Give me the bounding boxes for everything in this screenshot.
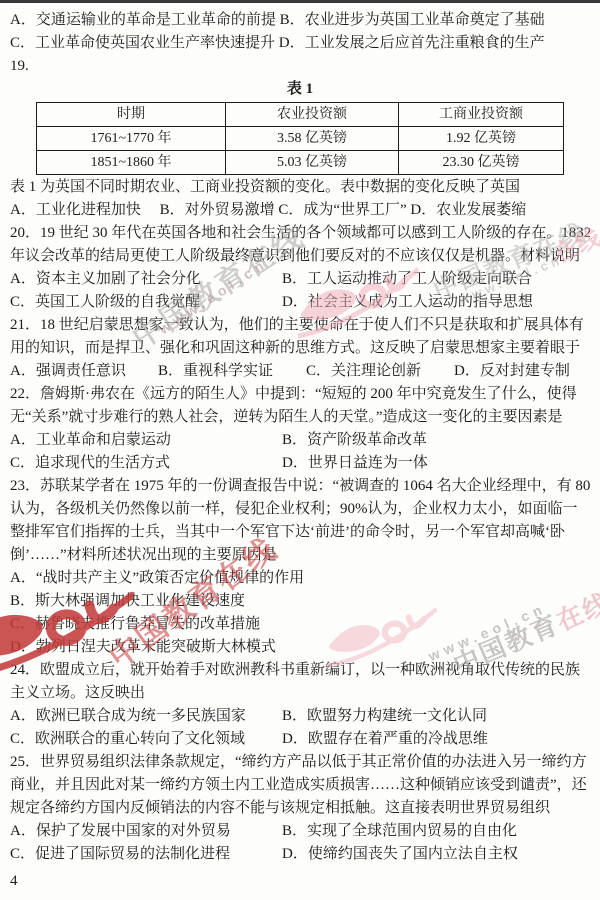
- q21-option-b: B．重视科学实证: [158, 360, 306, 383]
- q21-options: A．强调责任意识 B．重视科学实证 C．关注理论创新 D．反对封建专制: [10, 360, 590, 383]
- q23-stem-line-4: 倒’……”材料所述状况出现的主要原因是: [10, 544, 590, 567]
- table-header-period: 时期: [37, 103, 226, 127]
- q22-option-d: D．世界日益连为一体: [282, 452, 428, 475]
- q21-option-a: A．强调责任意识: [10, 360, 158, 383]
- investment-table: 时期 农业投资额 工商业投资额 1761~1770 年 3.58 亿英镑 1.9…: [36, 102, 564, 175]
- q20-options-cd: C．英国工人阶级的自我觉醒 D．社会主义成为工人运动的指导思想: [10, 291, 590, 314]
- q24-option-b: B．欧盟努力构建统一文化认同: [282, 705, 487, 728]
- q23-stem-line-3: 整排军官们指挥的士兵，当其中一个军官下达‘前进’的命令时，另一个军官却高喊‘卧: [10, 521, 590, 544]
- q18-options-ab: A．交通运输业的革命是工业革命的前提 B．农业进步为英国工业革命奠定了基础: [10, 9, 590, 32]
- q25-options-cd: C．促进了国际贸易的法制化进程 D．使缔约国丧失了国内立法自主权: [10, 843, 590, 866]
- page-number: 4: [10, 870, 590, 893]
- q23-option-b: B．斯大林强调加快工业化建设速度: [10, 590, 590, 613]
- q22-option-a: A．工业革命和启蒙运动: [10, 429, 282, 452]
- q25-stem-line-1: 25．世界贸易组织法律条款规定，“缔约方产品以低于其正常价值的办法进入另一缔约方: [10, 751, 590, 774]
- q19-number: 19.: [10, 55, 590, 78]
- q20-option-a: A．资本主义加剧了社会分化: [10, 268, 282, 291]
- q19-options: A．工业化进程加快 B．对外贸易激增 C．成为“世界工厂” D．农业发展萎缩: [10, 199, 590, 222]
- q23-stem-line-1: 23．苏联某学者在 1975 年的一份调查报告中说：“被调查的 1064 名大企…: [10, 475, 590, 498]
- q22-option-c: C．追求现代的生活方式: [10, 452, 282, 475]
- q24-option-a: A．欧洲已联合成为统一多民族国家: [10, 705, 282, 728]
- table-cell-agri-1: 3.58 亿英镑: [226, 127, 399, 151]
- q20-option-d: D．社会主义成为工人运动的指导思想: [282, 291, 533, 314]
- q22-options-cd: C．追求现代的生活方式 D．世界日益连为一体: [10, 452, 590, 475]
- q24-stem-line-2: 主义立场。这反映出: [10, 682, 590, 705]
- q23-stem-line-2: 认为，各级机关仍然像以前一样，侵犯企业权利；90%认为，企业权力太小，如面临一: [10, 498, 590, 521]
- q24-option-d: D．欧盟存在着严重的冷战思维: [282, 728, 488, 751]
- table-cell-ind-2: 23.30 亿英镑: [399, 151, 564, 175]
- q20-option-b: B．工人运动推动了工人阶级走向联合: [282, 268, 532, 291]
- q20-options-ab: A．资本主义加剧了社会分化 B．工人运动推动了工人阶级走向联合: [10, 268, 590, 291]
- q23-option-c: C．赫鲁晓夫推行鲁莽冒失的改革措施: [10, 613, 590, 636]
- q19-table-caption: 表 1: [10, 78, 590, 101]
- q22-options-ab: A．工业革命和启蒙运动 B．资产阶级革命改革: [10, 429, 590, 452]
- q24-options-cd: C．欧洲联合的重心转向了文化领域 D．欧盟存在着严重的冷战思维: [10, 728, 590, 751]
- q23-option-d: D．勃列日涅夫改革未能突破斯大林模式: [10, 636, 590, 659]
- q20-stem-line-1: 20．19 世纪 30 年代在英国各地和社会生活的各个领域都可以感到工人阶级的存…: [10, 222, 590, 245]
- q21-stem-line-2: 用的知识，而是捍卫、强化和巩固这种新的思维方式。这反映了启蒙思想家主要着眼于: [10, 337, 590, 360]
- q25-option-d: D．使缔约国丧失了国内立法自主权: [282, 843, 518, 866]
- q22-stem-line-2: 无“关系”就寸步难行的熟人社会，逆转为陌生人的天堂。”造成这一变化的主要因素是: [10, 406, 590, 429]
- q22-stem-line-1: 22．詹姆斯·弗农在《远方的陌生人》中提到：“短短的 200 年中究竟发生了什么…: [10, 383, 590, 406]
- table-cell-ind-1: 1.92 亿英镑: [399, 127, 564, 151]
- q21-option-d: D．反对封建专制: [454, 360, 570, 383]
- q25-option-b: B．实现了全球范围内贸易的自由化: [282, 820, 517, 843]
- q24-options-ab: A．欧洲已联合成为统一多民族国家 B．欧盟努力构建统一文化认同: [10, 705, 590, 728]
- table-header-agriculture: 农业投资额: [226, 103, 399, 127]
- table-header-row: 时期 农业投资额 工商业投资额: [37, 103, 564, 127]
- q25-stem-line-3: 规定各缔约方国内反倾销法的内容不能与该规定相抵触。这直接表明世界贸易组织: [10, 797, 590, 820]
- q21-option-c: C．关注理论创新: [306, 360, 454, 383]
- q22-option-b: B．资产阶级革命改革: [282, 429, 427, 452]
- q25-options-ab: A．保护了发展中国家的对外贸易 B．实现了全球范围内贸易的自由化: [10, 820, 590, 843]
- table-row: 1761~1770 年 3.58 亿英镑 1.92 亿英镑: [37, 127, 564, 151]
- table-header-industry: 工商业投资额: [399, 103, 564, 127]
- table-cell-agri-2: 5.03 亿英镑: [226, 151, 399, 175]
- q23-option-a: A．“战时共产主义”政策否定价值规律的作用: [10, 567, 590, 590]
- q21-stem-line-1: 21．18 世纪启蒙思想家一致认为，他们的主要使命在于使人们不只是获取和扩展具体…: [10, 314, 590, 337]
- q20-option-c: C．英国工人阶级的自我觉醒: [10, 291, 282, 314]
- q25-option-c: C．促进了国际贸易的法制化进程: [10, 843, 282, 866]
- q24-stem-line-1: 24．欧盟成立后，就开始着手对欧洲教科书重新编订，以一种欧洲视角取代传统的民族: [10, 659, 590, 682]
- table-cell-period-2: 1851~1860 年: [37, 151, 226, 175]
- table-row: 1851~1860 年 5.03 亿英镑 23.30 亿英镑: [37, 151, 564, 175]
- q25-stem-line-2: 商业，并且因此对某一缔约方领土内工业造成实质损害……这种倾销应该受到谴责”，还: [10, 774, 590, 797]
- q19-stem: 表 1 为英国不同时期农业、工商业投资额的变化。表中数据的变化反映了英国: [10, 176, 590, 199]
- q20-stem-line-2: 年议会改革的结局更使工人阶级最终意识到他们要反对的不应该仅仅是机器。材料说明: [10, 245, 590, 268]
- q18-options-cd: C．工业革命使英国农业生产率快速提升 D．工业发展之后应首先注重粮食的生产: [10, 32, 590, 55]
- q25-option-a: A．保护了发展中国家的对外贸易: [10, 820, 282, 843]
- exam-page: A．交通运输业的革命是工业革命的前提 B．农业进步为英国工业革命奠定了基础 C．…: [0, 0, 600, 900]
- q24-option-c: C．欧洲联合的重心转向了文化领域: [10, 728, 282, 751]
- table-cell-period-1: 1761~1770 年: [37, 127, 226, 151]
